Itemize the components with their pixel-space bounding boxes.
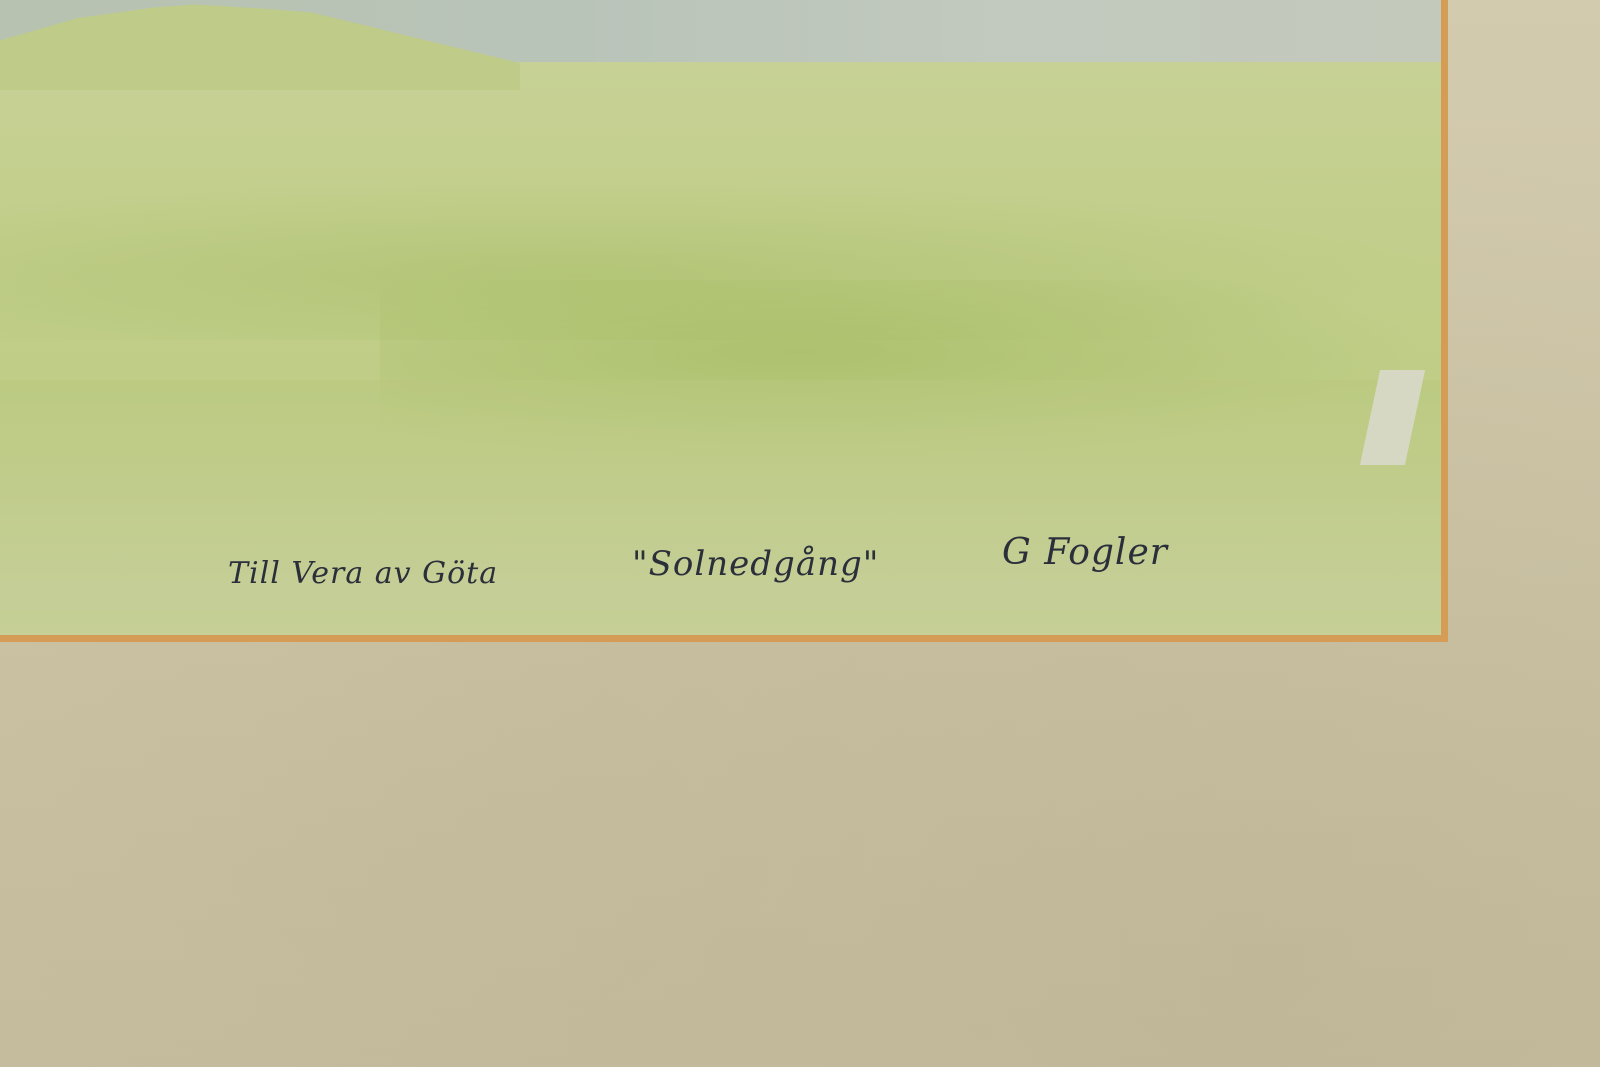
dedication-text: Till Vera av Göta (228, 556, 498, 591)
watercolor-painting: Till Vera av Göta "Solnedgång" G Fogler (0, 0, 1448, 642)
artist-signature: G Fogler (1002, 532, 1168, 573)
artwork-title: "Solnedgång" (632, 544, 879, 584)
handwritten-inscription: Till Vera av Göta "Solnedgång" G Fogler (220, 520, 1220, 620)
